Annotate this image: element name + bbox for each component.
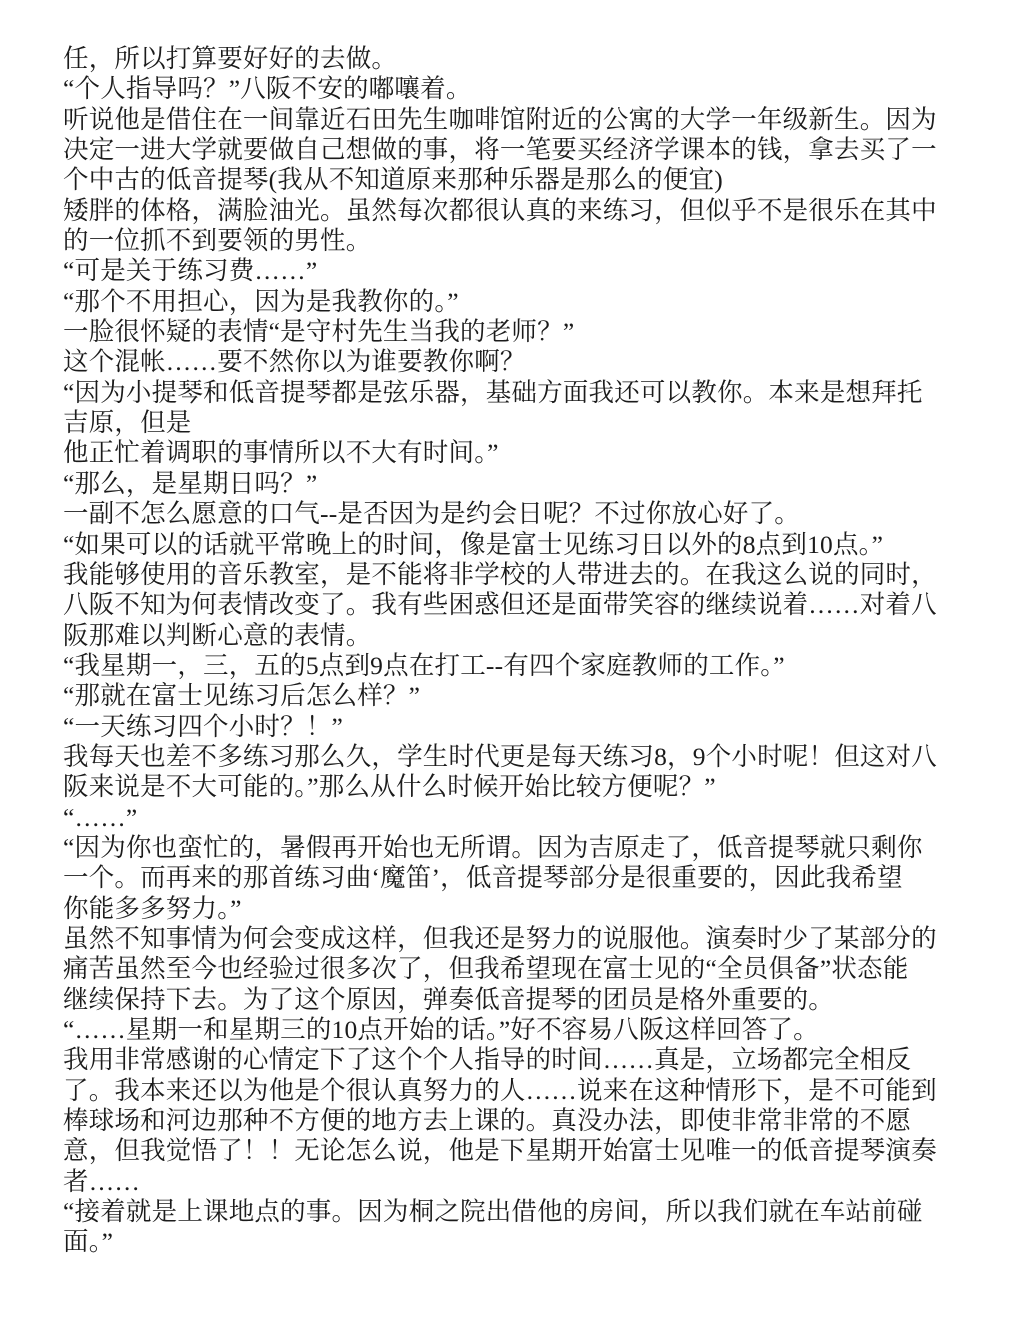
- text-line: 吉原，但是: [63, 408, 963, 438]
- text-line: “因为小提琴和低音提琴都是弦乐器，基础方面我还可以教你。本来是想拜托: [63, 378, 963, 408]
- text-line: 意，但我觉悟了！！无论怎么说，他是下星期开始富士见唯一的低音提琴演奏: [63, 1136, 963, 1166]
- text-line: 八阪不知为何表情改变了。我有些困惑但还是面带笑容的继续说着……对着八: [63, 590, 963, 620]
- text-line: 继续保持下去。为了这个原因，弹奏低音提琴的团员是格外重要的。: [63, 985, 963, 1015]
- text-line: 个中古的低音提琴(我从不知道原来那种乐器是那么的便宜): [63, 165, 963, 195]
- text-line: 棒球场和河边那种不方便的地方去上课的。真没办法，即使非常非常的不愿: [63, 1106, 963, 1136]
- text-line: 者……: [63, 1167, 963, 1197]
- text-line: “我星期一，三，五的5点到9点在打工--有四个家庭教师的工作。”: [63, 651, 963, 681]
- text-line: “个人指导吗？”八阪不安的嘟嚷着。: [63, 74, 963, 104]
- text-line: 阪那难以判断心意的表情。: [63, 621, 963, 651]
- document-page: 任，所以打算要好好的去做。 “个人指导吗？”八阪不安的嘟嚷着。 听说他是借住在一…: [63, 44, 963, 1258]
- text-line: 一脸很怀疑的表情“是守村先生当我的老师？”: [63, 317, 963, 347]
- text-line: 虽然不知事情为何会变成这样，但我还是努力的说服他。演奏时少了某部分的: [63, 924, 963, 954]
- text-line: “那就在富士见练习后怎么样？”: [63, 681, 963, 711]
- text-line: 痛苦虽然至今也经验过很多次了，但我希望现在富士见的“全员俱备”状态能: [63, 954, 963, 984]
- text-line: 矮胖的体格，满脸油光。虽然每次都很认真的来练习，但似乎不是很乐在其中: [63, 196, 963, 226]
- text-line: 我能够使用的音乐教室，是不能将非学校的人带进去的。在我这么说的同时，: [63, 560, 963, 590]
- text-line: “因为你也蛮忙的，暑假再开始也无所谓。因为吉原走了，低音提琴就只剩你: [63, 833, 963, 863]
- text-line: 我每天也差不多练习那么久，学生时代更是每天练习8，9个小时呢！但这对八: [63, 742, 963, 772]
- text-line: 决定一进大学就要做自己想做的事，将一笔要买经济学课本的钱，拿去买了一: [63, 135, 963, 165]
- text-line: 我用非常感谢的心情定下了这个个人指导的时间……真是，立场都完全相反: [63, 1045, 963, 1075]
- text-line: 这个混帐……要不然你以为谁要教你啊？: [63, 347, 963, 377]
- text-line: “那么，是星期日吗？”: [63, 469, 963, 499]
- text-line: 面。”: [63, 1227, 963, 1257]
- text-line: “……”: [63, 803, 963, 833]
- text-line: 听说他是借住在一间靠近石田先生咖啡馆附近的公寓的大学一年级新生。因为: [63, 105, 963, 135]
- text-line: 你能多多努力。”: [63, 894, 963, 924]
- text-line: 一副不怎么愿意的口气--是否因为是约会日呢？不过你放心好了。: [63, 499, 963, 529]
- text-line: 阪来说是不大可能的。”那么从什么时候开始比较方便呢？”: [63, 772, 963, 802]
- text-line: 任，所以打算要好好的去做。: [63, 44, 963, 74]
- text-line: 一个。而再来的那首练习曲‘魔笛’，低音提琴部分是很重要的，因此我希望: [63, 863, 963, 893]
- text-line: 他正忙着调职的事情所以不大有时间。”: [63, 438, 963, 468]
- text-line: 的一位抓不到要领的男性。: [63, 226, 963, 256]
- text-line: “接着就是上课地点的事。因为桐之院出借他的房间，所以我们就在车站前碰: [63, 1197, 963, 1227]
- text-line: “一天练习四个小时？！”: [63, 712, 963, 742]
- text-line: “……星期一和星期三的10点开始的话。”好不容易八阪这样回答了。: [63, 1015, 963, 1045]
- text-line: “可是关于练习费……”: [63, 256, 963, 286]
- text-line: 了。我本来还以为他是个很认真努力的人……说来在这种情形下，是不可能到: [63, 1076, 963, 1106]
- text-line: “如果可以的话就平常晚上的时间，像是富士见练习日以外的8点到10点。”: [63, 530, 963, 560]
- text-line: “那个不用担心，因为是我教你的。”: [63, 287, 963, 317]
